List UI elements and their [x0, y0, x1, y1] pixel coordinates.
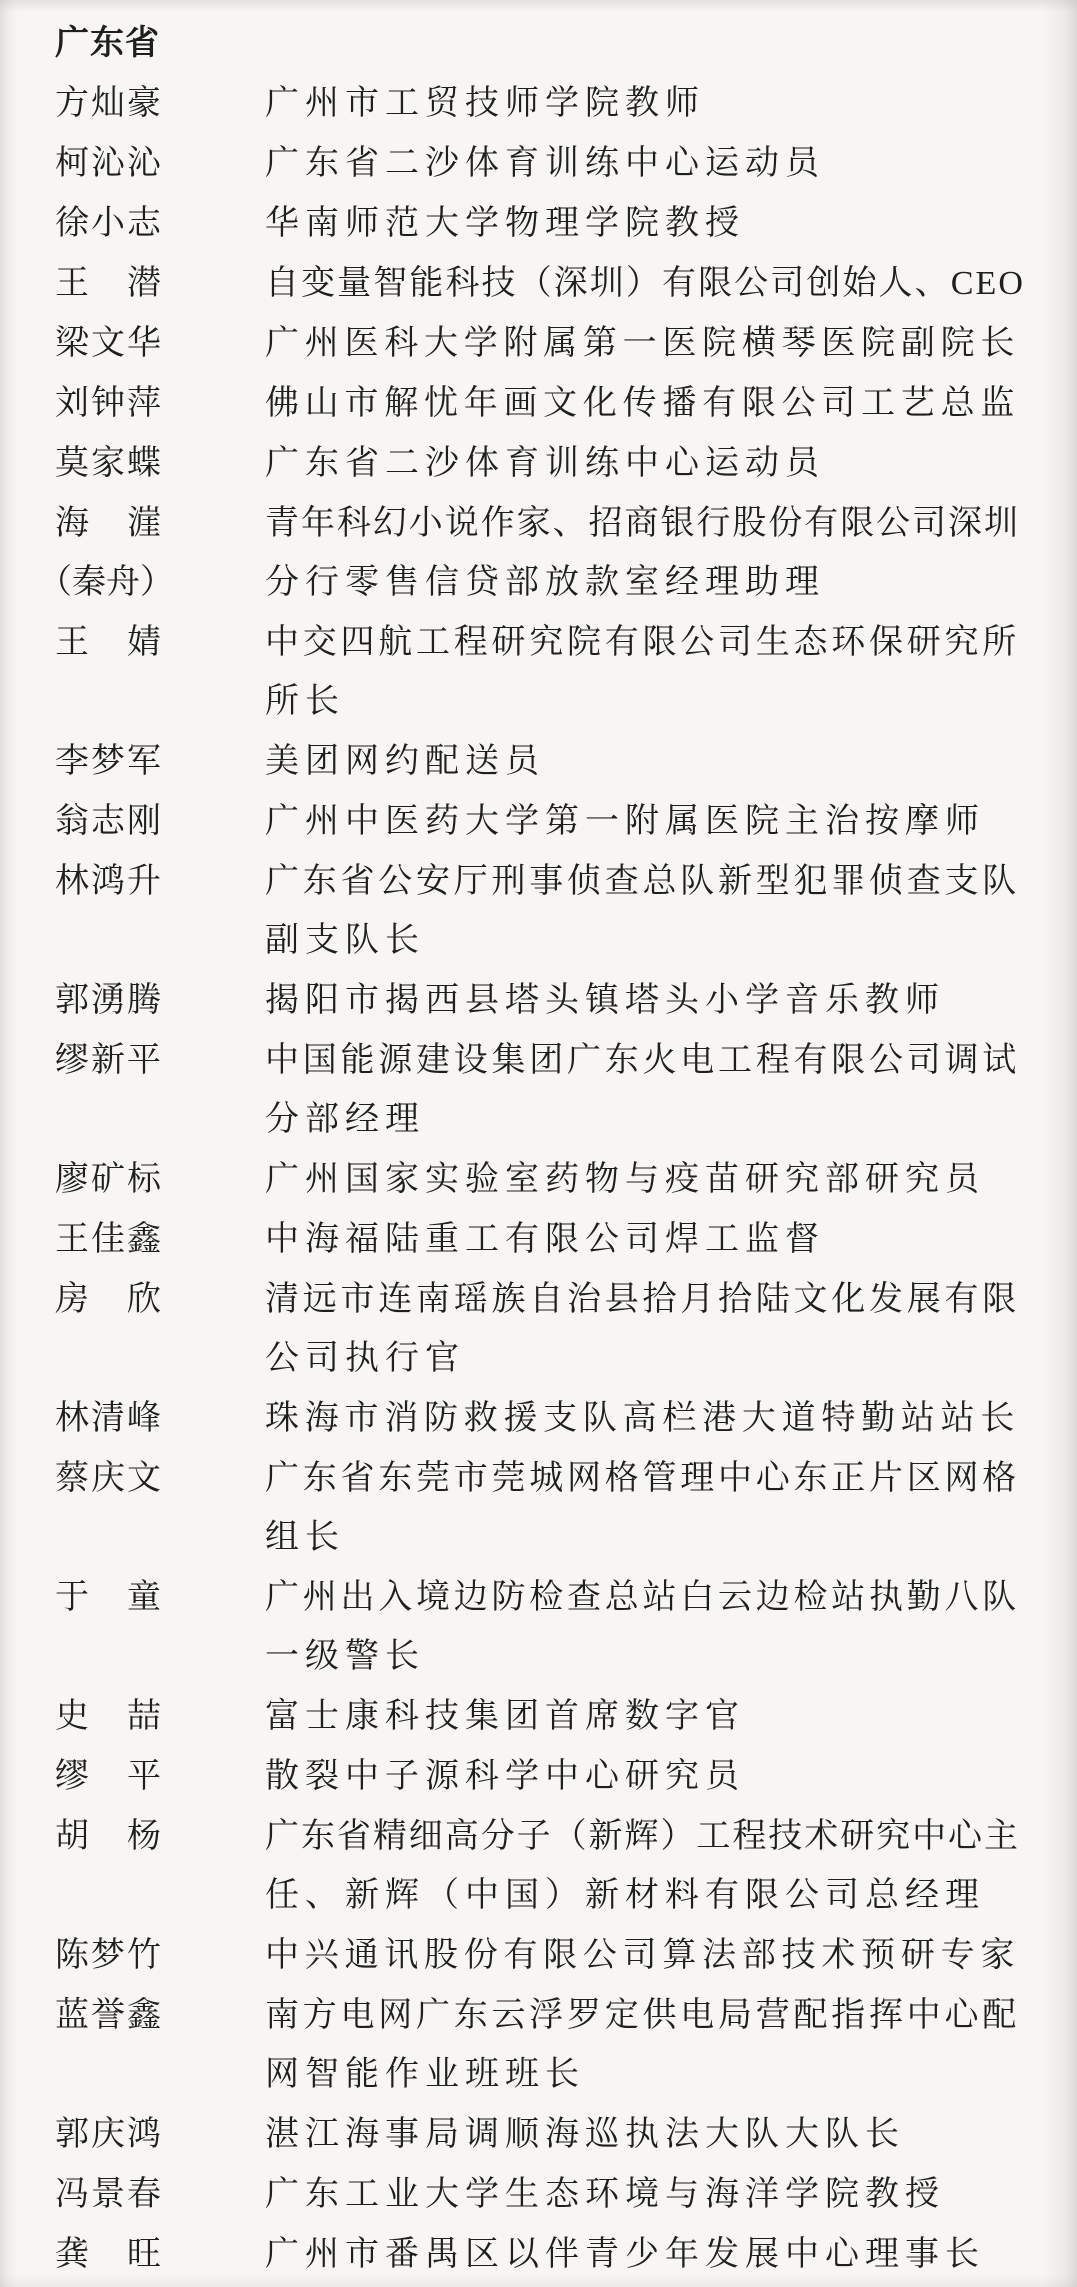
list-entry: 冯景春广东工业大学生态环境与海洋学院教授 [55, 2165, 1077, 2224]
entry-title-line: 中交四航工程研究院有限公司生态环保研究所 [265, 613, 1023, 672]
entry-title-column: 散裂中子源科学中心研究员 [265, 1747, 1023, 1806]
list-entry: 廖矿标广州国家实验室药物与疫苗研究部研究员 [55, 1150, 1077, 1209]
entry-name-column: 胡杨 [55, 1807, 161, 1866]
entry-title-line: 广州市番禺区以伴青少年发展中心理事长 [265, 2225, 1023, 2284]
entry-name-column: 冯景春 [55, 2165, 161, 2224]
entry-name: 冯景春 [55, 2165, 161, 2224]
entry-name-column: 郭湧腾 [55, 971, 161, 1030]
entry-name-column: 于童 [55, 1568, 161, 1627]
entry-title-line: 广东省二沙体育训练中心运动员 [265, 434, 1023, 493]
entry-title-line: 组长 [265, 1508, 1023, 1567]
list-entry: 陈梦竹中兴通讯股份有限公司算法部技术预研专家 [55, 1926, 1077, 1985]
entry-title-column: 珠海市消防救援支队高栏港大道特勤站站长 [265, 1389, 1023, 1448]
list-entry: 胡杨广东省精细高分子（新辉）工程技术研究中心主任、新辉（中国）新材料有限公司总经… [55, 1807, 1077, 1925]
entry-name: 刘钟萍 [55, 374, 161, 433]
entry-name: 郭湧腾 [55, 971, 161, 1030]
entry-name: 廖矿标 [55, 1150, 161, 1209]
entry-title-column: 广州医科大学附属第一医院横琴医院副院长 [265, 314, 1023, 373]
entry-title-line: 中国能源建设集团广东火电工程有限公司调试 [265, 1031, 1023, 1090]
entry-title-line: 青年科幻小说作家、招商银行股份有限公司深圳 [265, 494, 1023, 553]
entry-name-column: 海漄（秦舟） [55, 494, 161, 612]
entry-name-column: 蔡庆文 [55, 1449, 161, 1508]
entry-name-column: 缪新平 [55, 1031, 161, 1090]
entry-name: 房欣 [55, 1270, 161, 1329]
list-entry: 方灿豪广州市工贸技师学院教师 [55, 74, 1077, 133]
entry-title-line: 揭阳市揭西县塔头镇塔头小学音乐教师 [265, 971, 1023, 1030]
entry-name-column: 王潜 [55, 254, 161, 313]
entry-title-column: 广州市工贸技师学院教师 [265, 74, 1023, 133]
entry-name: 陈梦竹 [55, 1926, 161, 1985]
entry-title-line: 广州国家实验室药物与疫苗研究部研究员 [265, 1150, 1023, 1209]
entry-name: 王佳鑫 [55, 1210, 161, 1269]
list-entry: 蓝誉鑫南方电网广东云浮罗定供电局营配指挥中心配网智能作业班班长 [55, 1986, 1077, 2104]
list-entry: 于童广州出入境边防检查总站白云边检站执勤八队一级警长 [55, 1568, 1077, 1686]
document-page: 广东省 方灿豪广州市工贸技师学院教师柯沁沁广东省二沙体育训练中心运动员徐小志华南… [0, 0, 1077, 2287]
entry-title-line: 任、新辉（中国）新材料有限公司总经理 [265, 1866, 1023, 1925]
entry-name: 史喆 [55, 1687, 161, 1746]
list-entry: 莫家蝶广东省二沙体育训练中心运动员 [55, 434, 1077, 493]
entry-name: 海漄 [55, 494, 161, 553]
entry-title-column: 富士康科技集团首席数字官 [265, 1687, 1023, 1746]
entry-title-line: 自变量智能科技（深圳）有限公司创始人、CEO [265, 254, 1023, 313]
entry-name-alias: （秦舟） [38, 553, 161, 612]
entry-name: 蔡庆文 [55, 1449, 161, 1508]
entry-title-line: 湛江海事局调顺海巡执法大队大队长 [265, 2105, 1023, 2164]
entry-name-column: 刘钟萍 [55, 374, 161, 433]
entry-name-column: 方灿豪 [55, 74, 161, 133]
list-entry: 刘钟萍佛山市解忧年画文化传播有限公司工艺总监 [55, 374, 1077, 433]
entry-title-column: 华南师范大学物理学院教授 [265, 194, 1023, 253]
entry-name-column: 龚旺 [55, 2225, 161, 2284]
entry-title-line: 佛山市解忧年画文化传播有限公司工艺总监 [265, 374, 1023, 433]
entry-title-line: 公司执行官 [265, 1329, 1023, 1388]
entry-title-line: 南方电网广东云浮罗定供电局营配指挥中心配 [265, 1986, 1023, 2045]
entry-name: 林清峰 [55, 1389, 161, 1448]
entry-title-column: 广东工业大学生态环境与海洋学院教授 [265, 2165, 1023, 2224]
entry-title-column: 中兴通讯股份有限公司算法部技术预研专家 [265, 1926, 1023, 1985]
entry-title-column: 南方电网广东云浮罗定供电局营配指挥中心配网智能作业班班长 [265, 1986, 1023, 2104]
entry-title-column: 广东省二沙体育训练中心运动员 [265, 434, 1023, 493]
entry-title-line: 副支队长 [265, 911, 1023, 970]
entry-name: 于童 [55, 1568, 161, 1627]
entry-name: 徐小志 [55, 194, 161, 253]
list-entry: 王潜自变量智能科技（深圳）有限公司创始人、CEO [55, 254, 1077, 313]
entry-title-line: 广东工业大学生态环境与海洋学院教授 [265, 2165, 1023, 2224]
entry-title-line: 广东省二沙体育训练中心运动员 [265, 134, 1023, 193]
list-entry: 房欣清远市连南瑶族自治县拾月拾陆文化发展有限公司执行官 [55, 1270, 1077, 1388]
entry-title-column: 广东省东莞市莞城网格管理中心东正片区网格组长 [265, 1449, 1023, 1567]
entry-name: 梁文华 [55, 314, 161, 373]
entry-title-line: 珠海市消防救援支队高栏港大道特勤站站长 [265, 1389, 1023, 1448]
entry-name-column: 陈梦竹 [55, 1926, 161, 1985]
entry-title-column: 中国能源建设集团广东火电工程有限公司调试分部经理 [265, 1031, 1023, 1149]
entry-name: 缪平 [55, 1747, 161, 1806]
list-entry: 蔡庆文广东省东莞市莞城网格管理中心东正片区网格组长 [55, 1449, 1077, 1567]
entry-name: 柯沁沁 [55, 134, 161, 193]
entry-title-column: 广州中医药大学第一附属医院主治按摩师 [265, 792, 1023, 851]
entry-name-column: 莫家蝶 [55, 434, 161, 493]
list-entry: 海漄（秦舟）青年科幻小说作家、招商银行股份有限公司深圳分行零售信贷部放款室经理助… [55, 494, 1077, 612]
entry-title-column: 清远市连南瑶族自治县拾月拾陆文化发展有限公司执行官 [265, 1270, 1023, 1388]
entry-title-line: 广东省精细高分子（新辉）工程技术研究中心主 [265, 1807, 1023, 1866]
entry-name: 王婧 [55, 613, 161, 672]
entry-name: 莫家蝶 [55, 434, 161, 493]
entry-title-column: 自变量智能科技（深圳）有限公司创始人、CEO [265, 254, 1023, 313]
entry-name-column: 柯沁沁 [55, 134, 161, 193]
list-entry: 龚旺广州市番禺区以伴青少年发展中心理事长 [55, 2225, 1077, 2284]
entry-title-line: 中兴通讯股份有限公司算法部技术预研专家 [265, 1926, 1023, 1985]
entry-title-column: 揭阳市揭西县塔头镇塔头小学音乐教师 [265, 971, 1023, 1030]
entry-title-column: 青年科幻小说作家、招商银行股份有限公司深圳分行零售信贷部放款室经理助理 [265, 494, 1023, 612]
list-entry: 李梦军美团网约配送员 [55, 732, 1077, 791]
entry-name-column: 蓝誉鑫 [55, 1986, 161, 2045]
entry-name: 方灿豪 [55, 74, 161, 133]
list-entry: 梁文华广州医科大学附属第一医院横琴医院副院长 [55, 314, 1077, 373]
entry-title-column: 广东省二沙体育训练中心运动员 [265, 134, 1023, 193]
entry-name: 缪新平 [55, 1031, 161, 1090]
entry-title-column: 广州国家实验室药物与疫苗研究部研究员 [265, 1150, 1023, 1209]
entry-title-line: 分部经理 [265, 1090, 1023, 1149]
entry-title-line: 华南师范大学物理学院教授 [265, 194, 1023, 253]
entry-name-column: 廖矿标 [55, 1150, 161, 1209]
honor-roll-list: 方灿豪广州市工贸技师学院教师柯沁沁广东省二沙体育训练中心运动员徐小志华南师范大学… [55, 74, 1077, 2284]
list-entry: 王佳鑫中海福陆重工有限公司焊工监督 [55, 1210, 1077, 1269]
entry-title-line: 美团网约配送员 [265, 732, 1023, 791]
entry-name-column: 郭庆鸿 [55, 2105, 161, 2164]
entry-title-line: 广州医科大学附属第一医院横琴医院副院长 [265, 314, 1023, 373]
entry-title-column: 中海福陆重工有限公司焊工监督 [265, 1210, 1023, 1269]
entry-title-column: 佛山市解忧年画文化传播有限公司工艺总监 [265, 374, 1023, 433]
entry-title-line: 中海福陆重工有限公司焊工监督 [265, 1210, 1023, 1269]
entry-name-column: 缪平 [55, 1747, 161, 1806]
entry-title-line: 所长 [265, 672, 1023, 731]
list-entry: 史喆富士康科技集团首席数字官 [55, 1687, 1077, 1746]
entry-name-column: 梁文华 [55, 314, 161, 373]
entry-title-line: 广州出入境边防检查总站白云边检站执勤八队 [265, 1568, 1023, 1627]
entry-name: 郭庆鸿 [55, 2105, 161, 2164]
entry-title-line: 清远市连南瑶族自治县拾月拾陆文化发展有限 [265, 1270, 1023, 1329]
list-entry: 郭湧腾揭阳市揭西县塔头镇塔头小学音乐教师 [55, 971, 1077, 1030]
entry-name-column: 林清峰 [55, 1389, 161, 1448]
entry-name-column: 王婧 [55, 613, 161, 672]
list-entry: 徐小志华南师范大学物理学院教授 [55, 194, 1077, 253]
list-entry: 缪平散裂中子源科学中心研究员 [55, 1747, 1077, 1806]
province-heading: 广东省 [55, 14, 1077, 73]
list-entry: 郭庆鸿湛江海事局调顺海巡执法大队大队长 [55, 2105, 1077, 2164]
entry-title-line: 散裂中子源科学中心研究员 [265, 1747, 1023, 1806]
list-entry: 缪新平中国能源建设集团广东火电工程有限公司调试分部经理 [55, 1031, 1077, 1149]
entry-name-column: 林鸿升 [55, 852, 161, 911]
entry-name-column: 王佳鑫 [55, 1210, 161, 1269]
entry-title-line: 广东省东莞市莞城网格管理中心东正片区网格 [265, 1449, 1023, 1508]
entry-name: 李梦军 [55, 732, 161, 791]
entry-title-line: 一级警长 [265, 1627, 1023, 1686]
entry-name-column: 翁志刚 [55, 792, 161, 851]
list-entry: 林鸿升广东省公安厅刑事侦查总队新型犯罪侦查支队副支队长 [55, 852, 1077, 970]
list-entry: 翁志刚广州中医药大学第一附属医院主治按摩师 [55, 792, 1077, 851]
entry-name: 林鸿升 [55, 852, 161, 911]
entry-name: 王潜 [55, 254, 161, 313]
entry-title-column: 广东省公安厅刑事侦查总队新型犯罪侦查支队副支队长 [265, 852, 1023, 970]
entry-name-column: 李梦军 [55, 732, 161, 791]
entry-title-line: 广州市工贸技师学院教师 [265, 74, 1023, 133]
list-entry: 柯沁沁广东省二沙体育训练中心运动员 [55, 134, 1077, 193]
entry-title-column: 广州市番禺区以伴青少年发展中心理事长 [265, 2225, 1023, 2284]
entry-title-column: 湛江海事局调顺海巡执法大队大队长 [265, 2105, 1023, 2164]
entry-name-column: 房欣 [55, 1270, 161, 1329]
entry-title-column: 美团网约配送员 [265, 732, 1023, 791]
entry-name: 蓝誉鑫 [55, 1986, 161, 2045]
entry-title-column: 广东省精细高分子（新辉）工程技术研究中心主任、新辉（中国）新材料有限公司总经理 [265, 1807, 1023, 1925]
page-content: 广东省 方灿豪广州市工贸技师学院教师柯沁沁广东省二沙体育训练中心运动员徐小志华南… [55, 14, 1077, 2285]
entry-name-column: 徐小志 [55, 194, 161, 253]
entry-name: 龚旺 [55, 2225, 161, 2284]
entry-title-column: 中交四航工程研究院有限公司生态环保研究所所长 [265, 613, 1023, 731]
entry-title-line: 网智能作业班班长 [265, 2045, 1023, 2104]
list-entry: 王婧中交四航工程研究院有限公司生态环保研究所所长 [55, 613, 1077, 731]
list-entry: 林清峰珠海市消防救援支队高栏港大道特勤站站长 [55, 1389, 1077, 1448]
entry-title-column: 广州出入境边防检查总站白云边检站执勤八队一级警长 [265, 1568, 1023, 1686]
entry-title-line: 广州中医药大学第一附属医院主治按摩师 [265, 792, 1023, 851]
entry-name: 胡杨 [55, 1807, 161, 1866]
entry-name: 翁志刚 [55, 792, 161, 851]
entry-title-line: 富士康科技集团首席数字官 [265, 1687, 1023, 1746]
entry-title-line: 广东省公安厅刑事侦查总队新型犯罪侦查支队 [265, 852, 1023, 911]
entry-name-column: 史喆 [55, 1687, 161, 1746]
entry-title-line: 分行零售信贷部放款室经理助理 [265, 553, 1023, 612]
